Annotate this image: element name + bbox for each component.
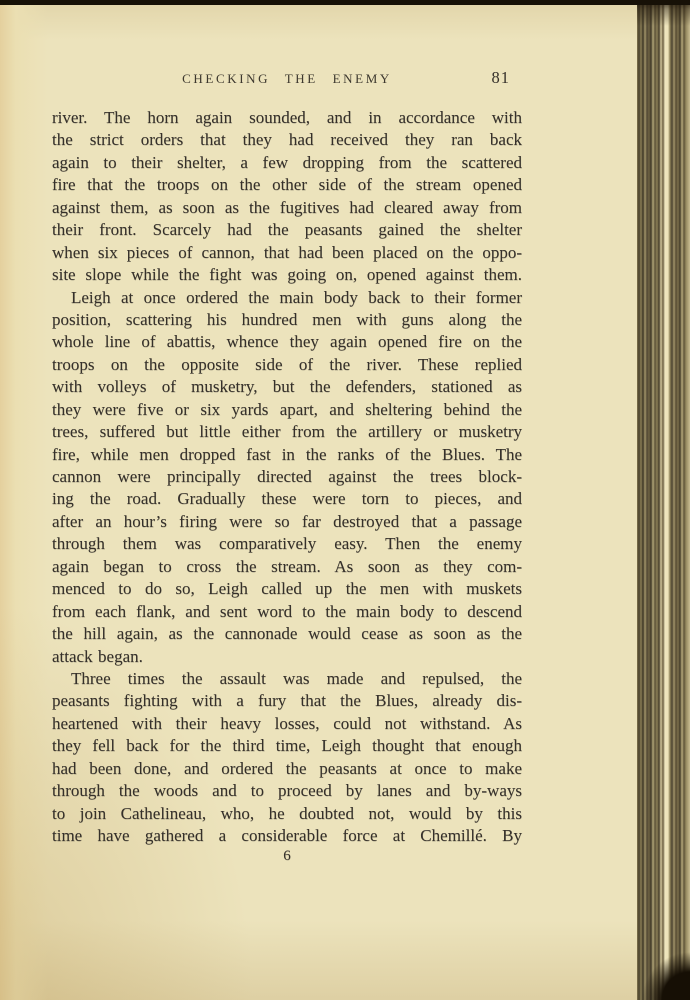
text-line: the hill again, as the cannonade would c… <box>52 623 522 645</box>
signature-mark: 6 <box>52 848 522 865</box>
text-line: had been done, and ordered the peasants … <box>52 758 522 780</box>
text-line: position, scattering his hundred men wit… <box>52 309 522 331</box>
text-line: to join Cathelineau, who, he doubted not… <box>52 803 522 825</box>
text-line: fire that the troops on the other side o… <box>52 174 522 196</box>
body-text: river. The horn again sounded, and in ac… <box>52 107 522 847</box>
text-line: site slope while the fight was going on,… <box>52 264 522 286</box>
text-line: they were five or six yards apart, and s… <box>52 399 522 421</box>
text-line: with volleys of musketry, but the defend… <box>52 376 522 398</box>
text-line: through the woods and to proceed by lane… <box>52 780 522 802</box>
text-line: again to their shelter, a few dropping f… <box>52 152 522 174</box>
text-line: the strict orders that they had received… <box>52 129 522 151</box>
text-line: heartened with their heavy losses, could… <box>52 713 522 735</box>
text-line: peasants fighting with a fury that the B… <box>52 690 522 712</box>
text-line: menced to do so, Leigh called up the men… <box>52 578 522 600</box>
page-number: 81 <box>492 68 511 88</box>
text-line: trees, suffered but little either from t… <box>52 421 522 443</box>
text-line: Three times the assault was made and rep… <box>52 668 522 690</box>
text-line: whole line of abattis, whence they again… <box>52 331 522 353</box>
book-page: CHECKING THE ENEMY 81 river. The horn ag… <box>0 4 640 1000</box>
text-line: time have gathered a considerable force … <box>52 825 522 847</box>
text-line: they fell back for the third time, Leigh… <box>52 735 522 757</box>
text-line: against them, as soon as the fugitives h… <box>52 197 522 219</box>
text-line: cannon were principally directed against… <box>52 466 522 488</box>
scan-top-band <box>0 0 690 5</box>
text-line: after an hour’s firing were so far destr… <box>52 511 522 533</box>
text-line: river. The horn again sounded, and in ac… <box>52 107 522 129</box>
text-line: again began to cross the stream. As soon… <box>52 556 522 578</box>
text-line: through them was comparatively easy. The… <box>52 533 522 555</box>
page-edges <box>637 0 690 1000</box>
text-line: ing the road. Gradually these were torn … <box>52 488 522 510</box>
text-line: Leigh at once ordered the main body back… <box>52 287 522 309</box>
book-scan: CHECKING THE ENEMY 81 river. The horn ag… <box>0 0 690 1000</box>
text-line: attack began. <box>52 646 522 668</box>
text-line: when six pieces of cannon, that had been… <box>52 242 522 264</box>
text-line: troops on the opposite side of the river… <box>52 354 522 376</box>
running-header-title: CHECKING THE ENEMY <box>52 70 522 88</box>
text-line: from each flank, and sent word to the ma… <box>52 601 522 623</box>
running-header: CHECKING THE ENEMY 81 <box>52 70 522 88</box>
text-line: fire, while men dropped fast in the rank… <box>52 444 522 466</box>
text-line: their front. Scarcely had the peasants g… <box>52 219 522 241</box>
